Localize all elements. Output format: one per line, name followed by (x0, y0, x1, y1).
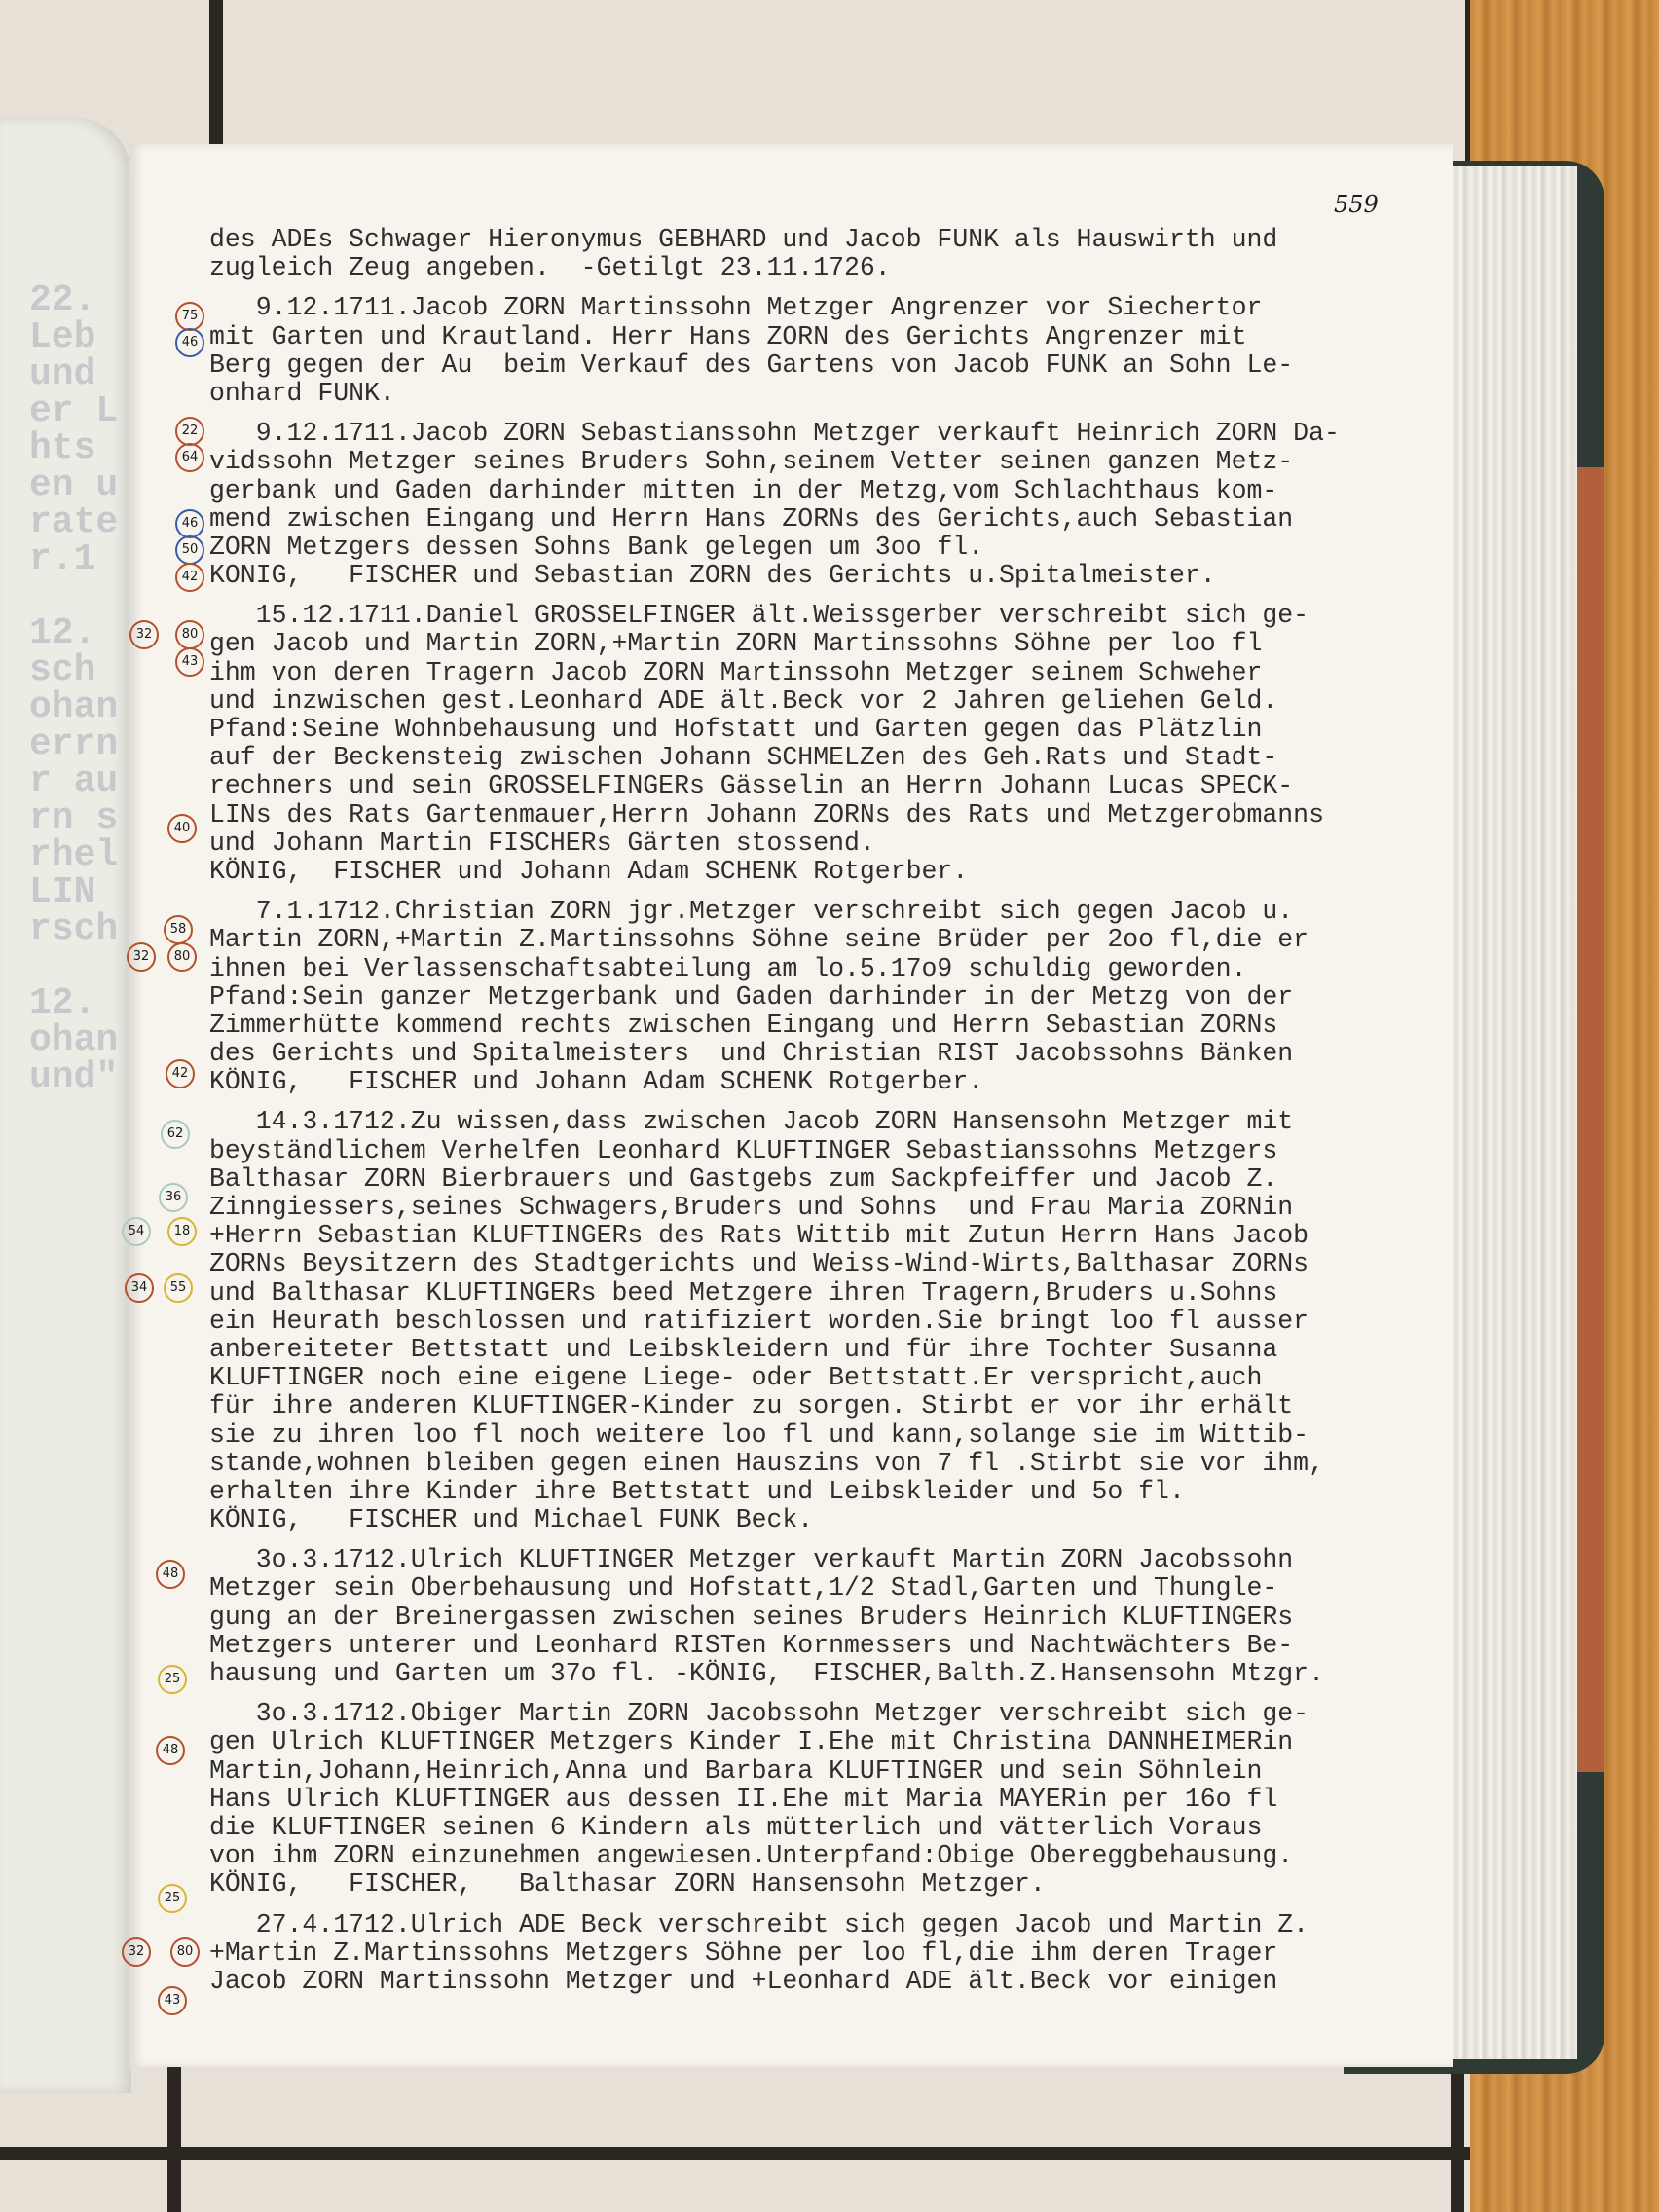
text-line: ZORNs Beysitzern des Stadtgerichts und W… (209, 1250, 1446, 1278)
text-line: auf der Beckensteig zwischen Johann SCHM… (209, 744, 1446, 772)
text-line: Pfand:Seine Wohnbehausung und Hofstatt u… (209, 716, 1446, 744)
margin-annotation-circled-number: 40 (167, 814, 197, 843)
margin-annotation-circled-number: 32 (129, 620, 159, 649)
text-line: sie zu ihren loo fl noch weitere loo fl … (209, 1421, 1446, 1450)
tile-grout-vertical (167, 2064, 181, 2212)
text-line: von ihm ZORN einzunehmen angewiesen.Unte… (209, 1842, 1446, 1870)
text-line: Pfand:Sein ganzer Metzgerbank und Gaden … (209, 983, 1446, 1012)
margin-annotation-circled-number: 55 (164, 1273, 193, 1303)
left-page-text-fragment: 22. Leb und er L hts en u rate r.1 12. s… (29, 282, 127, 1096)
margin-annotation-circled-number: 32 (122, 1937, 151, 1967)
text-line: Zimmerhütte kommend rechts zwischen Eing… (209, 1012, 1446, 1040)
margin-annotation-circled-number: 54 (122, 1217, 151, 1246)
text-line: 9.12.1711.Jacob ZORN Martinssohn Metzger… (209, 294, 1446, 322)
margin-annotation-circled-number: 25 (158, 1884, 187, 1913)
margin-annotation-circled-number: 43 (158, 1986, 187, 2015)
text-line: Zinngiessers,seines Schwagers,Bruders un… (209, 1194, 1446, 1222)
text-line: Metzger sein Oberbehausung und Hofstatt,… (209, 1574, 1446, 1603)
margin-annotation-circled-number: 34 (125, 1273, 154, 1303)
text-line: Jacob ZORN Martinssohn Metzger und +Leon… (209, 1968, 1446, 1996)
text-line: ihm von deren Tragern Jacob ZORN Martins… (209, 659, 1446, 687)
text-line: 3o.3.1712.Ulrich KLUFTINGER Metzger verk… (209, 1546, 1446, 1574)
text-line: mend zwischen Eingang und Herrn Hans ZOR… (209, 505, 1446, 534)
text-line: ZORN Metzgers dessen Sohns Bank gelegen … (209, 534, 1446, 562)
text-line: die KLUFTINGER seinen 6 Kindern als mütt… (209, 1814, 1446, 1842)
margin-annotation-circled-number: 32 (127, 942, 156, 972)
text-line: KLUFTINGER noch eine eigene Liege- oder … (209, 1364, 1446, 1392)
page-stack-edges (1431, 166, 1577, 2059)
text-line: 7.1.1712.Christian ZORN jgr.Metzger vers… (209, 898, 1446, 926)
text-line: 27.4.1712.Ulrich ADE Beck verschreibt si… (209, 1911, 1446, 1939)
text-line: ein Heurath beschlossen und ratifiziert … (209, 1308, 1446, 1336)
text-line: Berg gegen der Au beim Verkauf des Garte… (209, 351, 1446, 380)
text-line: KÖNIG, FISCHER und Michael FUNK Beck. (209, 1506, 1446, 1534)
text-line: KONIG, FISCHER und Sebastian ZORN des Ge… (209, 562, 1446, 590)
margin-annotation-circled-number: 58 (164, 915, 193, 944)
text-line: stande,wohnen bleiben gegen einen Hauszi… (209, 1450, 1446, 1478)
paragraph-gap (209, 1899, 1446, 1911)
text-line: erhalten ihre Kinder ihre Bettstatt und … (209, 1478, 1446, 1506)
text-line: Martin,Johann,Heinrich,Anna und Barbara … (209, 1757, 1446, 1786)
margin-annotation-circled-number: 80 (167, 942, 197, 972)
text-line: onhard FUNK. (209, 380, 1446, 408)
margin-annotation-circled-number: 64 (175, 443, 204, 472)
margin-annotation-circled-number: 48 (156, 1736, 185, 1765)
text-line: gen Ulrich KLUFTINGER Metzgers Kinder I.… (209, 1728, 1446, 1756)
margin-annotation-circled-number: 22 (175, 417, 204, 446)
text-line: und inzwischen gest.Leonhard ADE ält.Bec… (209, 687, 1446, 716)
text-line: mit Garten und Krautland. Herr Hans ZORN… (209, 323, 1446, 351)
tile-grout-vertical (209, 0, 223, 156)
text-line: gerbank und Gaden darhinder mitten in de… (209, 477, 1446, 505)
text-line: 9.12.1711.Jacob ZORN Sebastianssohn Metz… (209, 420, 1446, 448)
text-line: Hans Ulrich KLUFTINGER aus dessen II.Ehe… (209, 1786, 1446, 1814)
tile-grout-horizontal (0, 2147, 1480, 2160)
margin-annotation-circled-number: 18 (167, 1217, 197, 1246)
text-line: gen Jacob und Martin ZORN,+Martin ZORN M… (209, 630, 1446, 658)
margin-annotation-circled-number: 80 (170, 1937, 200, 1967)
text-line: des ADEs Schwager Hieronymus GEBHARD und… (209, 226, 1446, 254)
margin-annotation-circled-number: 62 (161, 1120, 190, 1149)
margin-annotation-circled-number: 46 (175, 328, 204, 357)
margin-annotation-circled-number: 80 (175, 620, 204, 649)
page-text-body: des ADEs Schwager Hieronymus GEBHARD und… (209, 226, 1446, 1996)
page-number: 559 (1334, 191, 1379, 218)
text-line: Balthasar ZORN Bierbrauers und Gastgebs … (209, 1165, 1446, 1194)
text-line: und Johann Martin FISCHERs Gärten stosse… (209, 829, 1446, 858)
text-line: vidssohn Metzger seines Bruders Sohn,sei… (209, 448, 1446, 476)
text-line: KÖNIG, FISCHER und Johann Adam SCHENK Ro… (209, 1068, 1446, 1096)
margin-annotation-circled-number: 36 (159, 1183, 188, 1212)
margin-annotation-circled-number: 75 (175, 302, 204, 331)
text-line: +Herrn Sebastian KLUFTINGERs des Rats Wi… (209, 1222, 1446, 1250)
margin-annotation-circled-number: 42 (166, 1059, 195, 1088)
text-line: beyständlichem Verhelfen Leonhard KLUFTI… (209, 1137, 1446, 1165)
margin-annotation-circled-number: 48 (156, 1560, 185, 1589)
text-line: anbereiteter Bettstatt und Leibskleidern… (209, 1336, 1446, 1364)
text-line: gung an der Breinergassen zwischen seine… (209, 1604, 1446, 1632)
text-line: 14.3.1712.Zu wissen,dass zwischen Jacob … (209, 1108, 1446, 1136)
text-line: des Gerichts und Spitalmeisters und Chri… (209, 1040, 1446, 1068)
text-line: 15.12.1711.Daniel GROSSELFINGER ält.Weis… (209, 602, 1446, 630)
left-page: 22. Leb und er L hts en u rate r.1 12. s… (0, 117, 131, 2093)
text-line: KÖNIG, FISCHER und Johann Adam SCHENK Ro… (209, 858, 1446, 886)
text-line: ihnen bei Verlassenschaftsabteilung am l… (209, 955, 1446, 983)
text-line: +Martin Z.Martinssohns Metzgers Söhne pe… (209, 1939, 1446, 1968)
text-line: rechners und sein GROSSELFINGERs Gässeli… (209, 772, 1446, 800)
text-line: LINs des Rats Gartenmauer,Herrn Johann Z… (209, 801, 1446, 829)
text-line: Martin ZORN,+Martin Z.Martinssohns Söhne… (209, 926, 1446, 954)
text-line: und Balthasar KLUFTINGERs beed Metzgere … (209, 1279, 1446, 1308)
margin-annotation-circled-number: 46 (175, 509, 204, 538)
text-line: zugleich Zeug angeben. -Getilgt 23.11.17… (209, 254, 1446, 282)
tile-grout-vertical (1451, 2064, 1464, 2212)
text-line: hausung und Garten um 37o fl. -KÖNIG, FI… (209, 1660, 1446, 1688)
margin-annotation-circled-number: 25 (158, 1665, 187, 1694)
text-line: KÖNIG, FISCHER, Balthasar ZORN Hansensoh… (209, 1870, 1446, 1899)
text-line: für ihre anderen KLUFTINGER-Kinder zu so… (209, 1392, 1446, 1420)
text-line: Metzgers unterer und Leonhard RISTen Kor… (209, 1632, 1446, 1660)
margin-annotation-circled-number: 43 (175, 647, 204, 677)
margin-annotation-circled-number: 42 (175, 563, 204, 592)
text-line: 3o.3.1712.Obiger Martin ZORN Jacobssohn … (209, 1700, 1446, 1728)
margin-annotation-circled-number: 50 (175, 535, 204, 565)
